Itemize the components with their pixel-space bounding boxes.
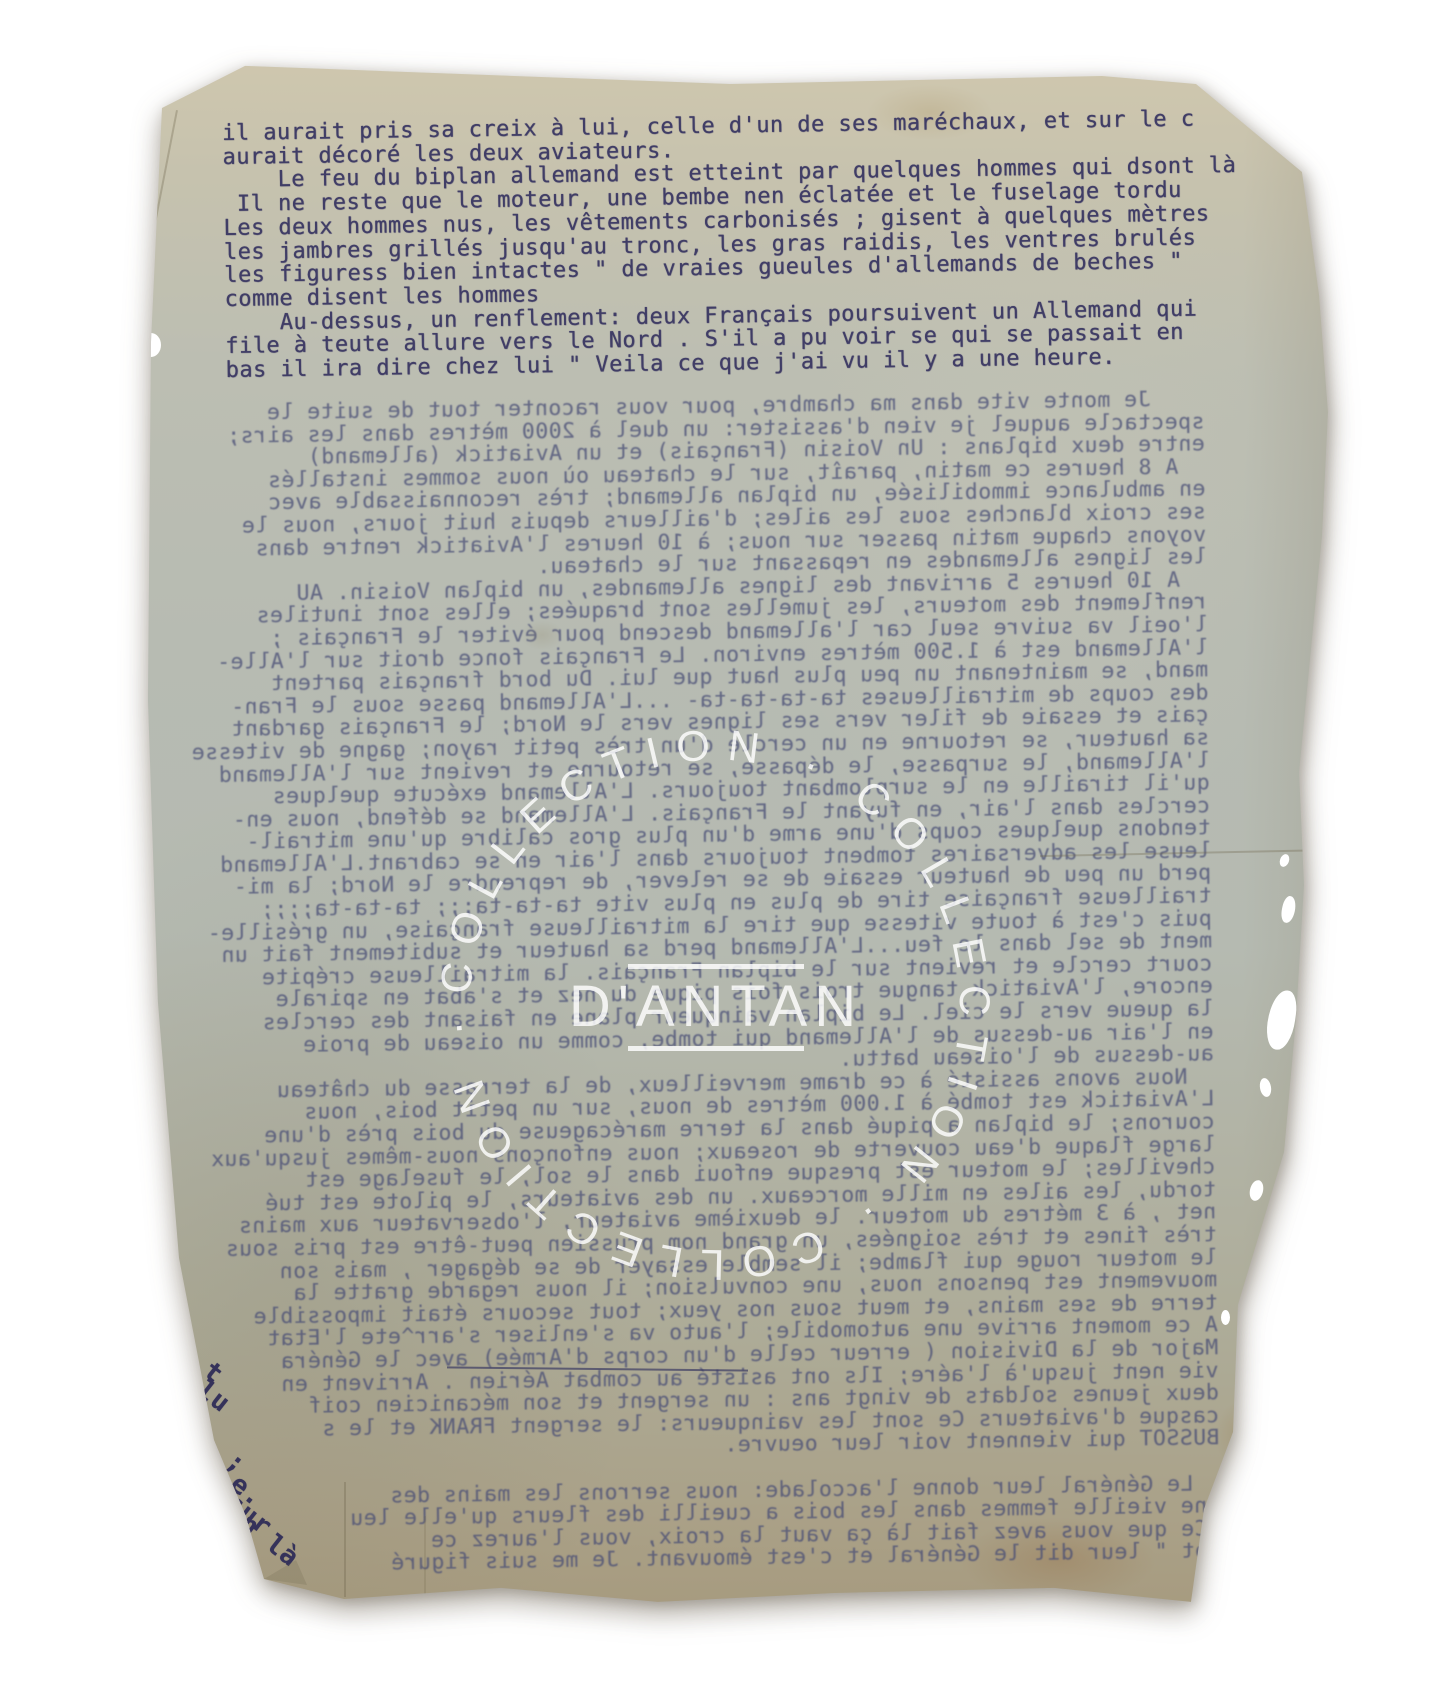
- paper-sheet: Je monte vite dans ma chambre, pour vous…: [0, 0, 1445, 1708]
- stain: [520, 620, 564, 650]
- tear-hole: [1221, 1310, 1230, 1325]
- watermark-center-text: D'ANTAN: [569, 974, 863, 1039]
- collection-watermark: COLLECTION · COLLECTION · COLLECTION · D…: [0, 0, 1445, 1708]
- fold-crease: [424, 1516, 426, 1598]
- fold-crease: [344, 1482, 346, 1597]
- stain: [1215, 1400, 1275, 1470]
- watermark-rule-bottom: [628, 1046, 804, 1051]
- paper-shadow-wrapper: Je monte vite dans ma chambre, pour vous…: [0, 0, 1445, 1708]
- corner-fold: [260, 1552, 320, 1592]
- photograph-of-document: Je monte vite dans ma chambre, pour vous…: [0, 0, 1445, 1708]
- watermark-rule-top: [628, 964, 804, 969]
- punch-hole: [141, 333, 161, 357]
